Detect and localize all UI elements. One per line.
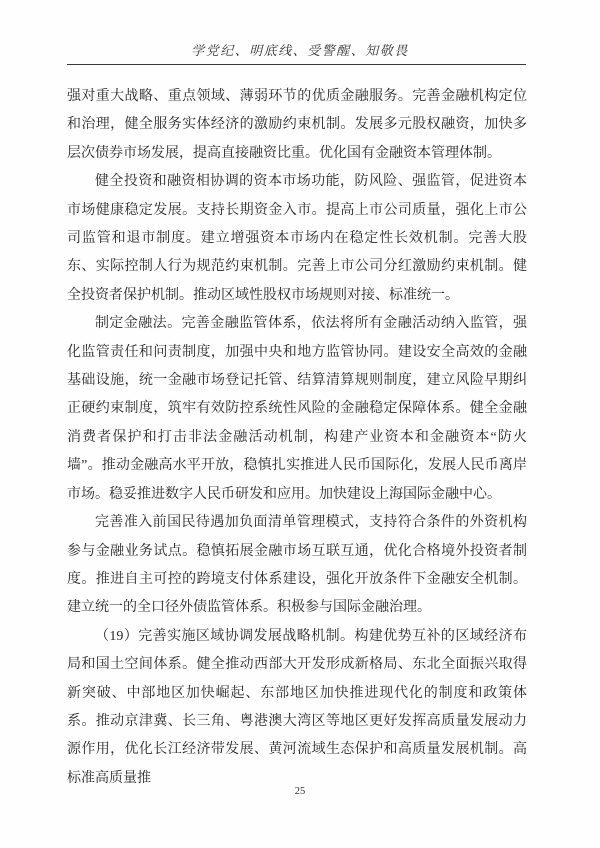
header-rule	[67, 64, 526, 65]
body-paragraph: 制定金融法。完善金融监管体系，依法将所有金融活动纳入监管，强化监管责任和问责制度…	[67, 310, 527, 509]
page-number: 25	[0, 786, 600, 797]
body-paragraph: 强对重大战略、重点领域、薄弱环节的优质金融服务。完善金融机构定位和治理，健全服务…	[67, 83, 527, 168]
page-header-slogan: 学党纪、明底线、受警醒、知敬畏	[0, 40, 600, 59]
body-paragraph: （19）完善实施区域协调发展战略机制。构建优势互补的区域经济布局和国土空间体系。…	[67, 623, 527, 793]
body-paragraph: 健全投资和融资相协调的资本市场功能，防风险、强监管，促进资本市场健康稳定发展。支…	[67, 168, 527, 310]
document-body: 强对重大战略、重点领域、薄弱环节的优质金融服务。完善金融机构定位和治理，健全服务…	[67, 83, 527, 793]
document-page: 学党纪、明底线、受警醒、知敬畏 强对重大战略、重点领域、薄弱环节的优质金融服务。…	[0, 0, 600, 848]
body-paragraph: 完善准入前国民待遇加负面清单管理模式，支持符合条件的外资机构参与金融业务试点。稳…	[67, 509, 527, 623]
